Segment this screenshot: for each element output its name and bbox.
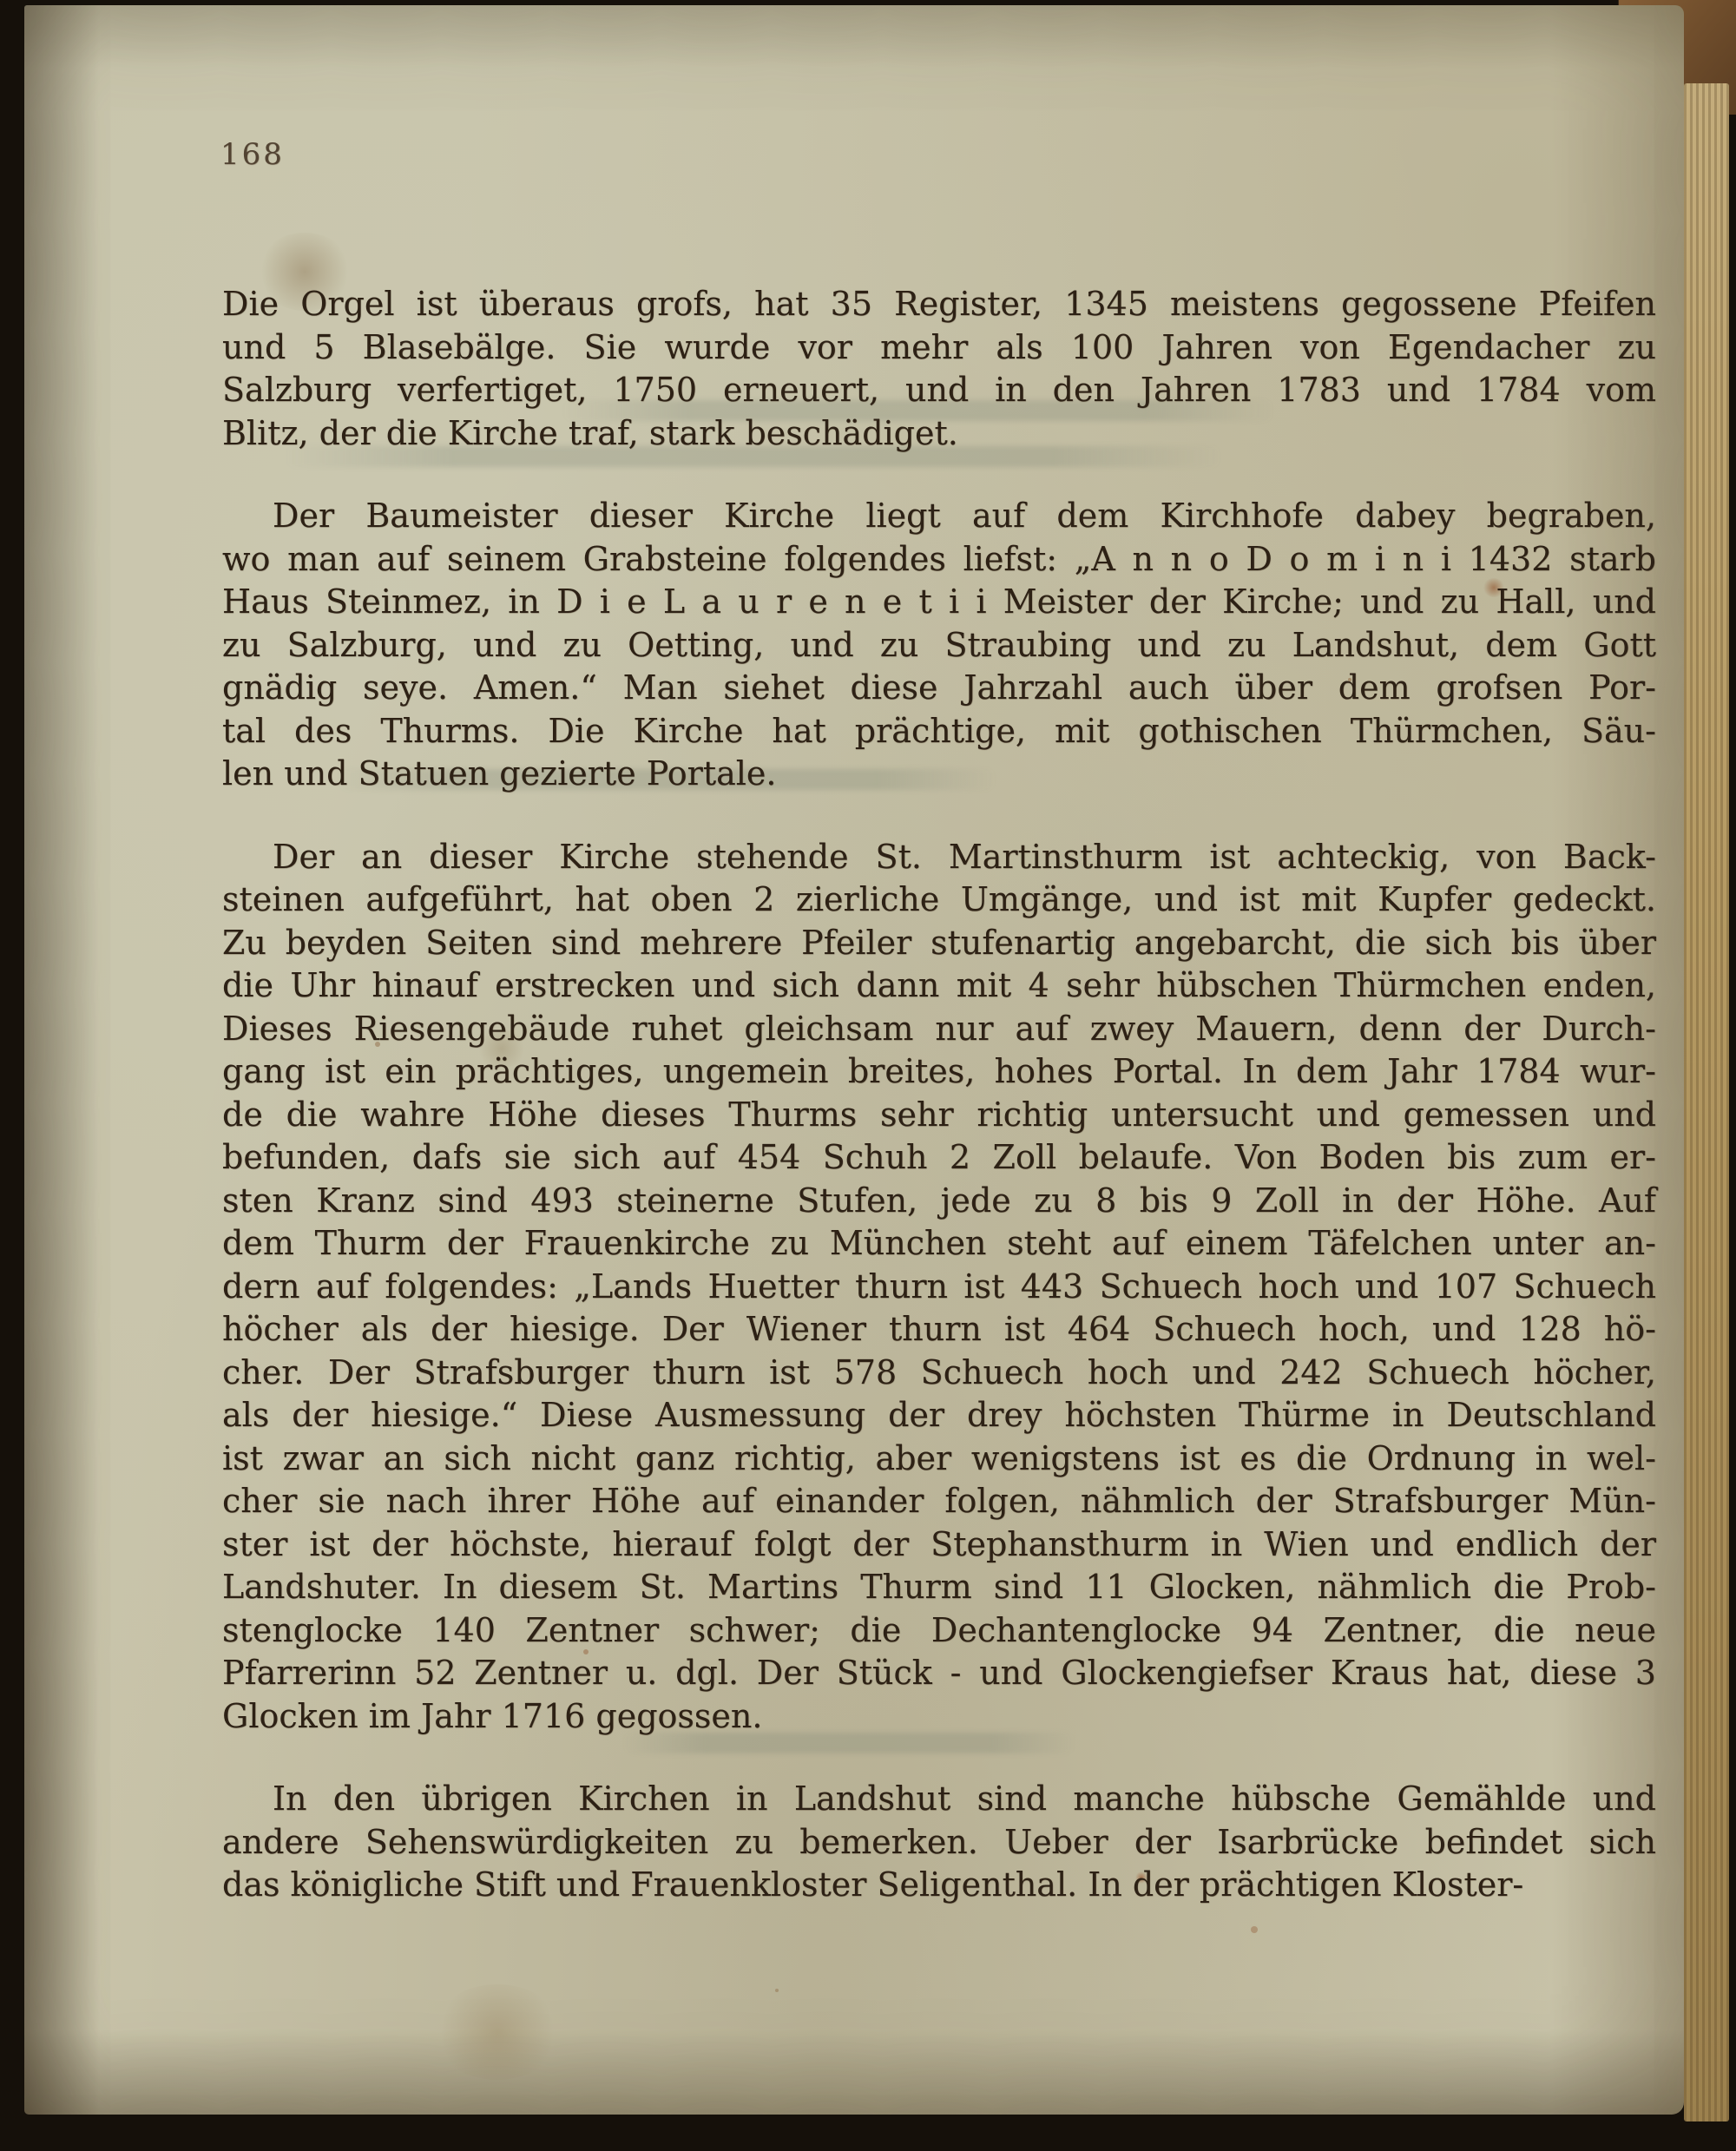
book-page-scan: 168 Die Orgel ist überaus grofs, hat 35 …	[0, 0, 1736, 2151]
text-line: sten Kranz sind 493 steinerne Stufen, je…	[222, 1180, 1656, 1223]
text-line: de die wahre Höhe dieses Thurms sehr ric…	[222, 1094, 1656, 1137]
text-line: steinen aufgeführt, hat oben 2 zierliche…	[222, 878, 1656, 922]
text-line: len und Statuen gezierte Portale.	[222, 753, 1656, 796]
text-line: Blitz, der die Kirche traf, stark beschä…	[222, 412, 1656, 456]
text-line: Zu beyden Seiten sind mehrere Pfeiler st…	[222, 922, 1656, 965]
text-line: Dieses Riesengebäude ruhet gleichsam nur…	[222, 1008, 1656, 1051]
paragraph: Die Orgel ist überaus grofs, hat 35 Regi…	[222, 283, 1656, 455]
stain	[432, 1984, 562, 2080]
paragraph: Der an dieser Kirche stehende St. Martin…	[222, 836, 1656, 1739]
paragraph: In den übrigen Kirchen in Landshut sind …	[222, 1778, 1656, 1907]
text-line: Der an dieser Kirche stehende St. Martin…	[222, 836, 1656, 879]
text-line: wo man auf seinem Grabsteine folgendes l…	[222, 538, 1656, 582]
text-line: cher sie nach ihrer Höhe auf einander fo…	[222, 1480, 1656, 1523]
text-line: dem Thurm der Frauenkirche zu München st…	[222, 1222, 1656, 1266]
text-line: das königliche Stift und Frauenkloster S…	[222, 1864, 1656, 1907]
text-line: zu Salzburg, und zu Oetting, und zu Stra…	[222, 624, 1656, 668]
text-line: gnädig seye. Amen.“ Man siehet diese Jah…	[222, 667, 1656, 710]
text-line: ist zwar an sich nicht ganz richtig, abe…	[222, 1437, 1656, 1481]
text-line: Die Orgel ist überaus grofs, hat 35 Regi…	[222, 283, 1656, 326]
text-line: ster ist der höchste, hierauf folgt der …	[222, 1523, 1656, 1567]
text-line: cher. Der Strafsburger thurn ist 578 Sch…	[222, 1352, 1656, 1395]
text-line: dern auf folgendes: „Lands Huetter thurn…	[222, 1266, 1656, 1309]
text-line: Pfarrerinn 52 Zentner u. dgl. Der Stück …	[222, 1652, 1656, 1695]
text-line: Salzburg verfertiget, 1750 erneuert, und…	[222, 369, 1656, 412]
page-number: 168	[220, 137, 285, 172]
text-line: Haus Steinmez, in D i e L a u r e n e t …	[222, 581, 1656, 624]
text-line: die Uhr hinauf erstrecken und sich dann …	[222, 964, 1656, 1008]
text-line: und 5 Blasebälge. Sie wurde vor mehr als…	[222, 326, 1656, 370]
text-line: tal des Thurms. Die Kirche hat prächtige…	[222, 710, 1656, 753]
text-line: Der Baumeister dieser Kirche liegt auf d…	[222, 495, 1656, 538]
text-line: gang ist ein prächtiges, ungemein breite…	[222, 1050, 1656, 1094]
text-line: als der hiesige.“ Diese Ausmessung der d…	[222, 1394, 1656, 1437]
page-edges	[1684, 83, 1729, 2121]
text-line: In den übrigen Kirchen in Landshut sind …	[222, 1778, 1656, 1821]
text-block: Die Orgel ist überaus grofs, hat 35 Regi…	[222, 283, 1656, 1947]
text-line: höcher als der hiesige. Der Wiener thurn…	[222, 1308, 1656, 1352]
paragraph: Der Baumeister dieser Kirche liegt auf d…	[222, 495, 1656, 796]
page: 168 Die Orgel ist überaus grofs, hat 35 …	[24, 5, 1684, 2115]
text-line: Glocken im Jahr 1716 gegossen.	[222, 1695, 1656, 1739]
text-line: Landshuter. In diesem St. Martins Thurm …	[222, 1566, 1656, 1609]
text-line: andere Sehenswürdigkeiten zu bemerken. U…	[222, 1821, 1656, 1865]
text-line: befunden, dafs sie sich auf 454 Schuh 2 …	[222, 1136, 1656, 1180]
text-line: stenglocke 140 Zentner schwer; die Decha…	[222, 1609, 1656, 1653]
